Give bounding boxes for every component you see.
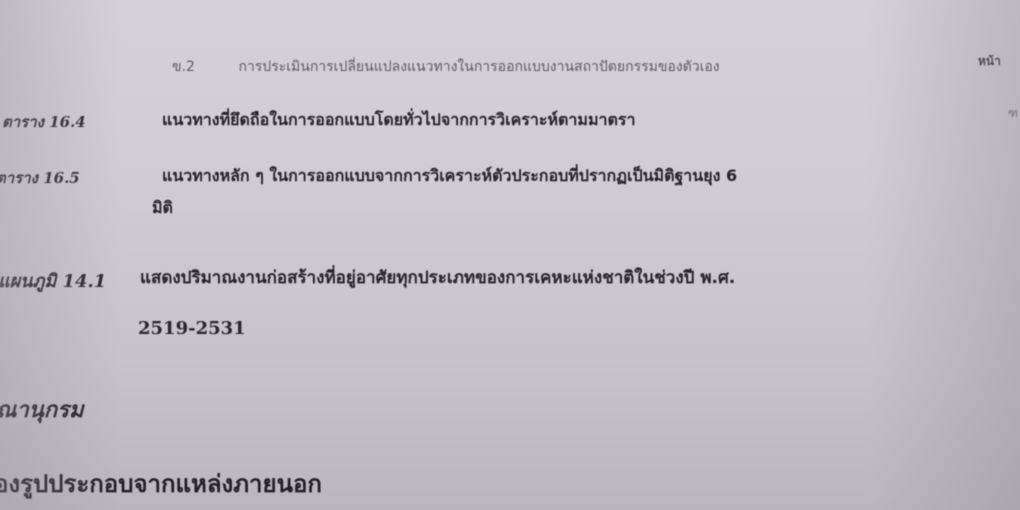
table-label-16-5: ตาราง 16.5 bbox=[0, 166, 80, 190]
section-heading-bibliography: ณานุกรม bbox=[0, 392, 83, 427]
toc-entry-number: ข.2 bbox=[172, 56, 234, 78]
table-label-16-4: ตาราง 16.4 bbox=[2, 110, 86, 134]
chart-label-14-1: แผนภูมิ 14.1 bbox=[0, 266, 106, 295]
chart-title-14-1: แสดงปริมาณงานก่อสร้างที่อยู่อาศัยทุกประเ… bbox=[140, 264, 735, 291]
chart-title-14-1-continuation: 2519-2531 bbox=[138, 318, 246, 339]
table-title-16-5-continuation: มิติ bbox=[152, 196, 173, 221]
document-page: หน้า ฑ ข.2 การประเมินการเปลี่ยนแปลงแนวทา… bbox=[0, 0, 1020, 510]
toc-entry-title: การประเมินการเปลี่ยนแปลงแนวทางในการออกแบ… bbox=[238, 59, 719, 75]
toc-entry: ข.2 การประเมินการเปลี่ยนแปลงแนวทางในการอ… bbox=[172, 56, 720, 78]
page-number-cut-off: ฑ bbox=[1008, 104, 1018, 123]
table-title-16-5: แนวทางหลัก ๆ ในการออกแบบจากการวิเคราะห์ต… bbox=[162, 164, 737, 189]
page-column-header: หน้า bbox=[978, 52, 1001, 71]
section-heading-external-figures: องรูปประกอบจากแหล่งภายนอก bbox=[0, 464, 322, 503]
table-title-16-4: แนวทางที่ยึดถือในการออกแบบโดยทั่วไปจากกา… bbox=[162, 108, 635, 133]
